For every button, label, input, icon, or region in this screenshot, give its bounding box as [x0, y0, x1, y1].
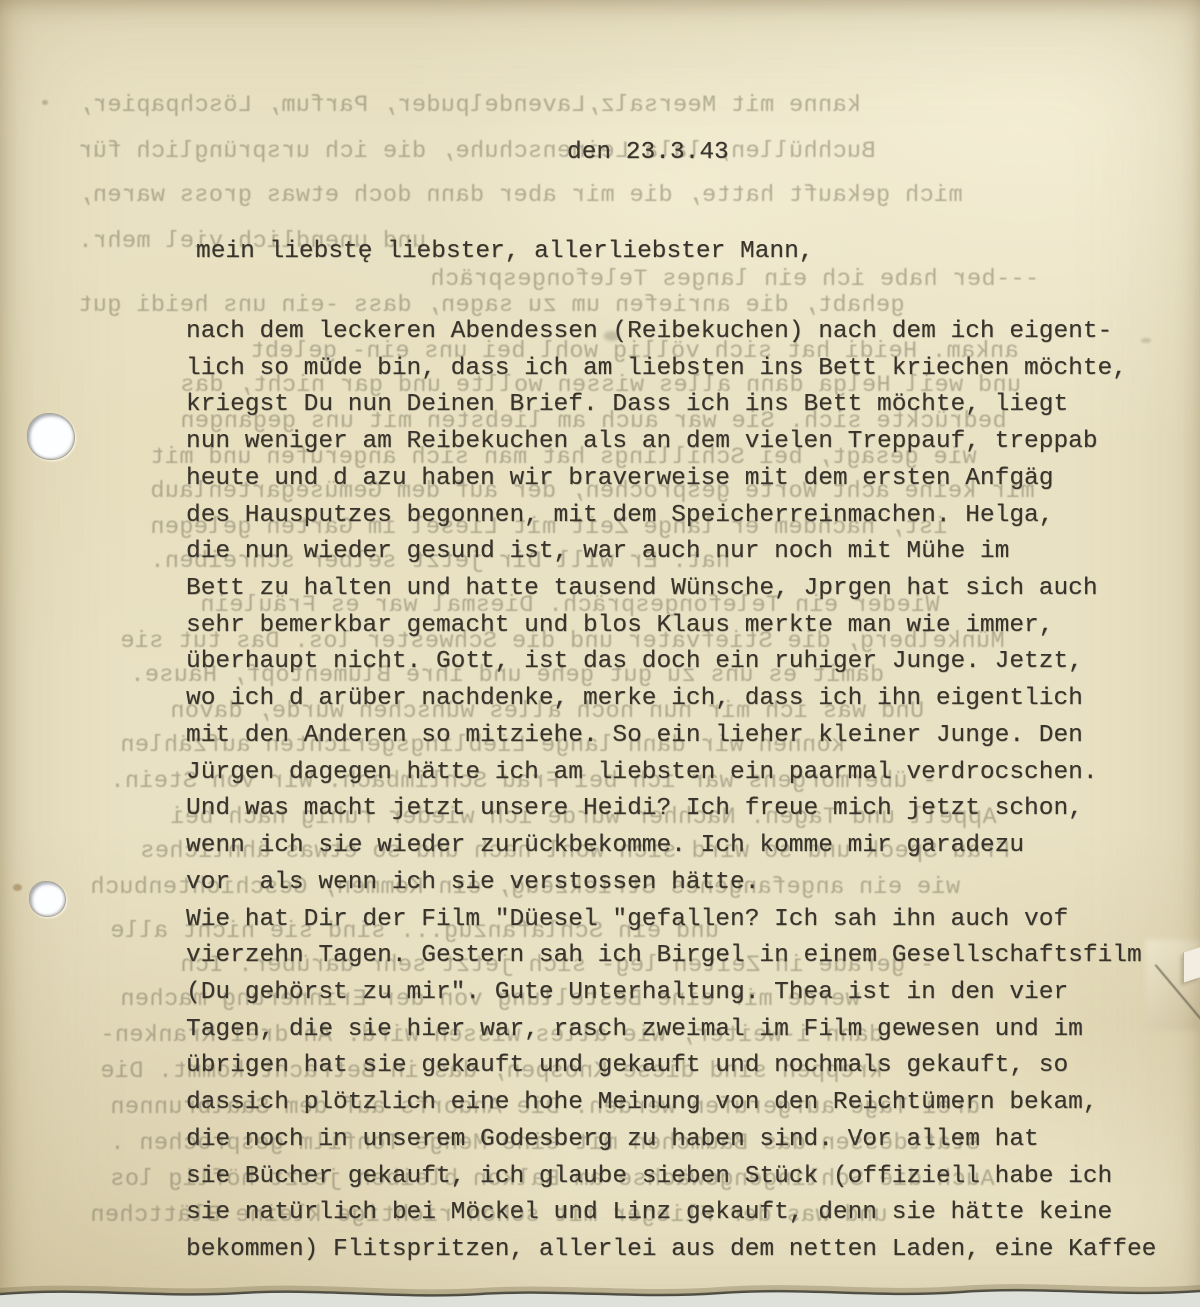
- torn-edge-notch: [1183, 947, 1200, 983]
- letter-line: vor als wenn ich sie verstossen hätte.: [186, 865, 1186, 902]
- letter-line: nun weniger am Reibekuchen als an dem vi…: [186, 424, 1186, 461]
- bleedthrough-line: Buchhüllen, lala Leinenschuhe, die ich u…: [78, 138, 876, 165]
- letter-line: bekommen) Flitspritzen, allerlei aus dem…: [186, 1232, 1186, 1269]
- letter-line: des Hausputzes begonnen, mit dem Speiche…: [186, 498, 1186, 535]
- punch-hole: [27, 413, 75, 460]
- letter-line: sehr bemerkbar gemacht und blos Klaus me…: [186, 608, 1186, 645]
- paper-speck: [1141, 338, 1151, 343]
- letter-line: vierzehn Tagen. Gestern sah ich Birgel i…: [186, 938, 1186, 975]
- letter-line: Tagen, die sie hier war, rasch zweimal i…: [186, 1012, 1186, 1049]
- paper-speck: [13, 884, 22, 891]
- letter-body: nach dem leckeren Abendessen (Reibekuche…: [186, 314, 1186, 1269]
- punch-hole: [29, 881, 66, 917]
- letter-line: Bett zu halten und hatte tausend Wünsche…: [186, 571, 1186, 608]
- letter-line: überhaupt nicht. Gott, ist das doch ein …: [186, 644, 1186, 681]
- paper-smudge: [604, 331, 620, 341]
- letter-line: mit den Anderen so mitziehe. So ein lieh…: [186, 718, 1186, 755]
- letter-line: lich so müde bin, dass ich am liebsten i…: [186, 351, 1186, 388]
- scanned-letter-page: kanne mit Meersalz,Lavendelpuder, Parfum…: [0, 0, 1200, 1307]
- letter-line: Wie hat Dir der Film "Düesel "gefallen? …: [186, 902, 1186, 939]
- bleedthrough-line: ---ber habe ich ein langes Telefongesprä…: [430, 266, 1039, 293]
- letter-date: den 23.3.43: [567, 139, 729, 166]
- bleedthrough-line: kanne mit Meersalz,Lavendelpuder, Parfum…: [78, 92, 861, 119]
- letter-line: die noch in unserem Godesberg zu haben s…: [186, 1122, 1186, 1159]
- paper-speck: [42, 100, 48, 105]
- letter-line: übrigen hat sie gekauft und gekauft und …: [186, 1048, 1186, 1085]
- letter-line: dassich plötzlich eine hohe Meinung von …: [186, 1085, 1186, 1122]
- letter-line: sie natürlich bei Möckel und Linz gekauf…: [186, 1195, 1186, 1232]
- letter-line: sie Bücher gekauft, ich glaube sieben St…: [186, 1159, 1186, 1196]
- letter-line: wenn ich sie wieder zurückbekomme. Ich k…: [186, 828, 1186, 865]
- letter-line: kriegst Du nun Deinen Brief. Dass ich in…: [186, 387, 1186, 424]
- letter-line: nach dem leckeren Abendessen (Reibekuche…: [186, 314, 1186, 351]
- letter-line: Jürgen dagegen hätte ich am liebsten ein…: [186, 755, 1186, 792]
- letter-salutation: mein liebstę liebster, allerliebster Man…: [196, 238, 814, 265]
- letter-line: wo ich d arüber nachdenke, merke ich, da…: [186, 681, 1186, 718]
- letter-line: Und was macht jetzt unsere Heidi? Ich fr…: [186, 791, 1186, 828]
- letter-line: (Du gehörst zu mir". Gute Unterhaltung. …: [186, 975, 1186, 1012]
- letter-line: die nun wieder gesund ist, war auch nur …: [186, 534, 1186, 571]
- bleedthrough-line: mich gekauft hatte, die mir aber dann do…: [78, 182, 963, 209]
- letter-line: heute und d azu haben wir braverweise mi…: [186, 461, 1186, 498]
